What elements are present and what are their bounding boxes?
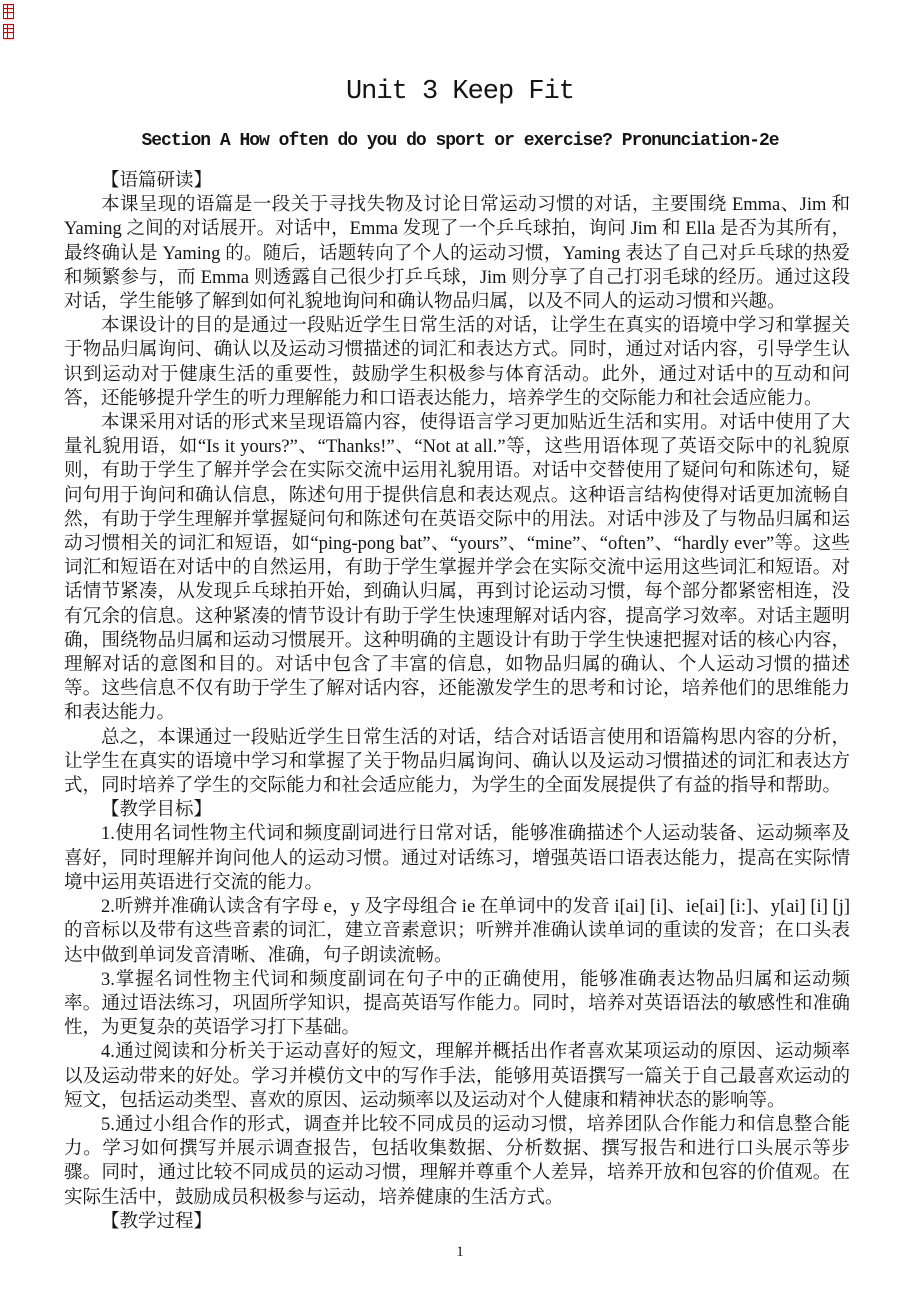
document-body: 【语篇研读】 本课呈现的语篇是一段关于寻找失物及讨论日常运动习惯的对话，主要围绕… xyxy=(64,169,850,1234)
paragraph: 本课采用对话的形式来呈现语篇内容，使得语言学习更加贴近生活和实用。对话中使用了大… xyxy=(64,411,850,726)
section-heading-teaching-objectives: 【教学目标】 xyxy=(64,798,850,822)
objective-item: 1.使用名词性物主代词和频度副词进行日常对话，能够准确描述个人运动装备、运动频率… xyxy=(64,822,850,895)
objective-item: 5.通过小组合作的形式，调查并比较不同成员的运动习惯，培养团队合作能力和信息整合… xyxy=(64,1113,850,1210)
page-number: 1 xyxy=(0,1243,920,1261)
section-heading-text-analysis: 【语篇研读】 xyxy=(64,169,850,193)
paragraph: 本课设计的目的是通过一段贴近学生日常生活的对话，让学生在真实的语境中学习和掌握关… xyxy=(64,314,850,411)
page-title: Unit 3 Keep Fit xyxy=(0,76,920,108)
paragraph: 本课呈现的语篇是一段关于寻找失物及讨论日常运动习惯的对话，主要围绕 Emma、J… xyxy=(64,193,850,314)
objective-item: 3.掌握名词性物主代词和频度副词在句子中的正确使用，能够准确表达物品归属和运动频… xyxy=(64,968,850,1041)
red-revision-mark-icon xyxy=(3,24,14,39)
objective-item: 2.听辨并准确认读含有字母 e，y 及字母组合 ie 在单词中的发音 i[ai]… xyxy=(64,895,850,968)
section-subtitle: Section A How often do you do sport or e… xyxy=(0,129,920,153)
document-page: Unit 3 Keep Fit Section A How often do y… xyxy=(0,0,920,1302)
section-heading-teaching-process: 【教学过程】 xyxy=(64,1210,850,1234)
corner-revision-marks xyxy=(3,4,15,44)
objective-item: 4.通过阅读和分析关于运动喜好的短文，理解并概括出作者喜欢某项运动的原因、运动频… xyxy=(64,1040,850,1113)
paragraph: 总之，本课通过一段贴近学生日常生活的对话，结合对话语言使用和语篇构思内容的分析，… xyxy=(64,726,850,799)
red-revision-mark-icon xyxy=(3,4,14,19)
